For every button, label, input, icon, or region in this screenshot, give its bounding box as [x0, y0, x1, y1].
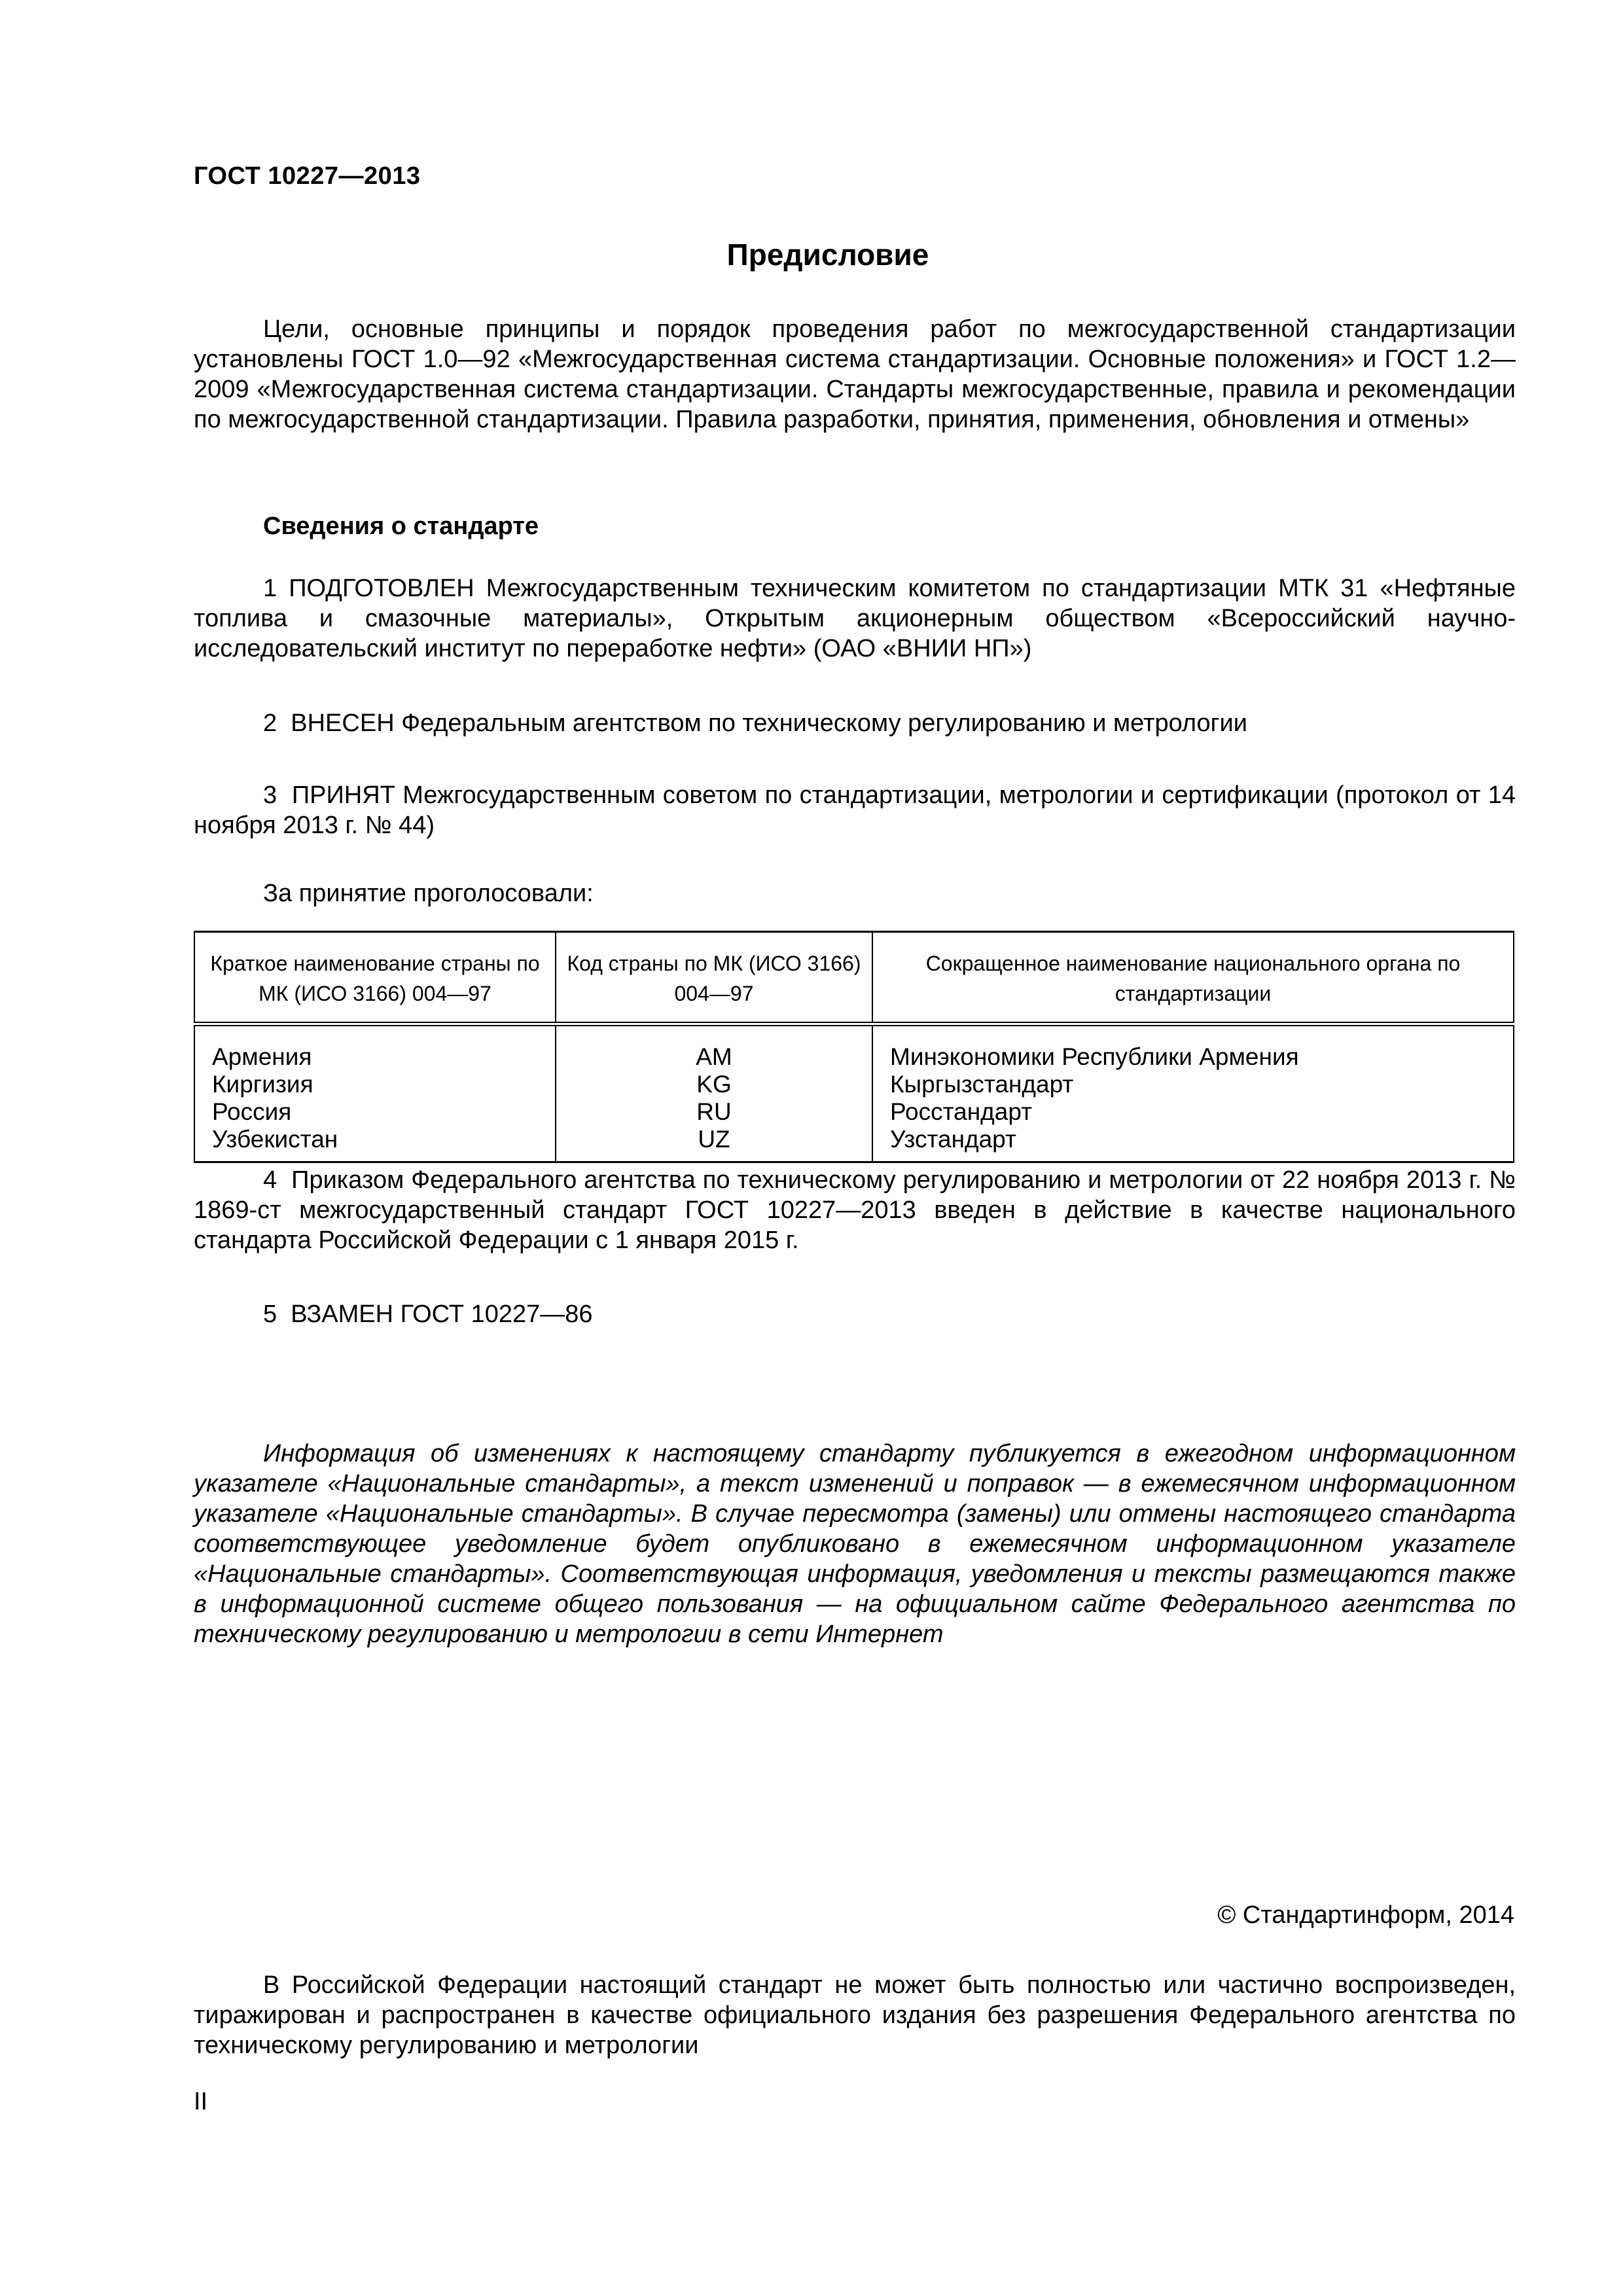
country-cell: Армения: [194, 1024, 556, 1071]
reproduction-notice: В Российской Федерации настоящий стандар…: [194, 1970, 1516, 2060]
item-keyword: ПРИНЯТ: [292, 781, 395, 809]
document-code: ГОСТ 10227—2013: [194, 162, 421, 190]
item-keyword: Приказом: [291, 1166, 404, 1194]
item-number: 4: [263, 1166, 277, 1194]
item-5: 5 ВЗАМЕН ГОСТ 10227—86: [194, 1299, 1516, 1329]
column-header-code: Код страны по МК (ИСО 3166) 004—97: [556, 932, 872, 1024]
table-row: Россия RU Росстандарт: [194, 1098, 1514, 1126]
body-cell: Росстандарт: [872, 1098, 1514, 1126]
vote-label: За принятие проголосовали:: [263, 880, 594, 908]
item-number: 2: [263, 709, 277, 737]
item-number: 3: [263, 781, 277, 809]
item-keyword: ПОДГОТОВЛЕН: [289, 575, 474, 602]
code-cell: RU: [556, 1098, 872, 1126]
item-1: 1 ПОДГОТОВЛЕН Межгосударственным техниче…: [194, 573, 1516, 664]
column-header-country: Краткое наименование страны по МК (ИСО 3…: [194, 932, 556, 1024]
body-cell: Кыргызстандарт: [872, 1071, 1514, 1098]
item-keyword: ВНЕСЕН: [291, 709, 394, 737]
item-3: 3 ПРИНЯТ Межгосударственным советом по с…: [194, 780, 1516, 840]
code-cell: UZ: [556, 1126, 872, 1162]
intro-paragraph: Цели, основные принципы и порядок провед…: [194, 314, 1516, 435]
item-2: 2 ВНЕСЕН Федеральным агентством по техни…: [194, 708, 1516, 738]
code-cell: KG: [556, 1071, 872, 1098]
country-cell: Россия: [194, 1098, 556, 1126]
voting-table: Краткое наименование страны по МК (ИСО 3…: [194, 931, 1514, 1163]
table-row: Узбекистан UZ Узстандарт: [194, 1126, 1514, 1162]
body-cell: Минэкономики Республики Армения: [872, 1024, 1514, 1071]
table-row: Армения AM Минэкономики Республики Армен…: [194, 1024, 1514, 1071]
page-number: II: [194, 2088, 207, 2116]
table-row: Киргизия KG Кыргызстандарт: [194, 1071, 1514, 1098]
body-cell: Узстандарт: [872, 1126, 1514, 1162]
item-4: 4 Приказом Федерального агентства по тех…: [194, 1165, 1516, 1255]
item-keyword: ВЗАМЕН: [291, 1300, 393, 1328]
page-title: Предисловие: [0, 237, 1623, 272]
code-cell: AM: [556, 1024, 872, 1071]
item-number: 1: [263, 575, 277, 602]
item-number: 5: [263, 1300, 277, 1328]
country-cell: Узбекистан: [194, 1126, 556, 1162]
item-text: ГОСТ 10227—86: [393, 1300, 592, 1328]
country-cell: Киргизия: [194, 1071, 556, 1098]
item-text: Федеральным агентством по техническому р…: [395, 709, 1247, 737]
copyright: © Стандартинформ, 2014: [1217, 1901, 1514, 1929]
section-heading: Сведения о стандарте: [263, 512, 539, 541]
column-header-body: Сокращенное наименование национального о…: [872, 932, 1514, 1024]
changes-notice: Информация об изменениях к настоящему ст…: [194, 1439, 1516, 1649]
